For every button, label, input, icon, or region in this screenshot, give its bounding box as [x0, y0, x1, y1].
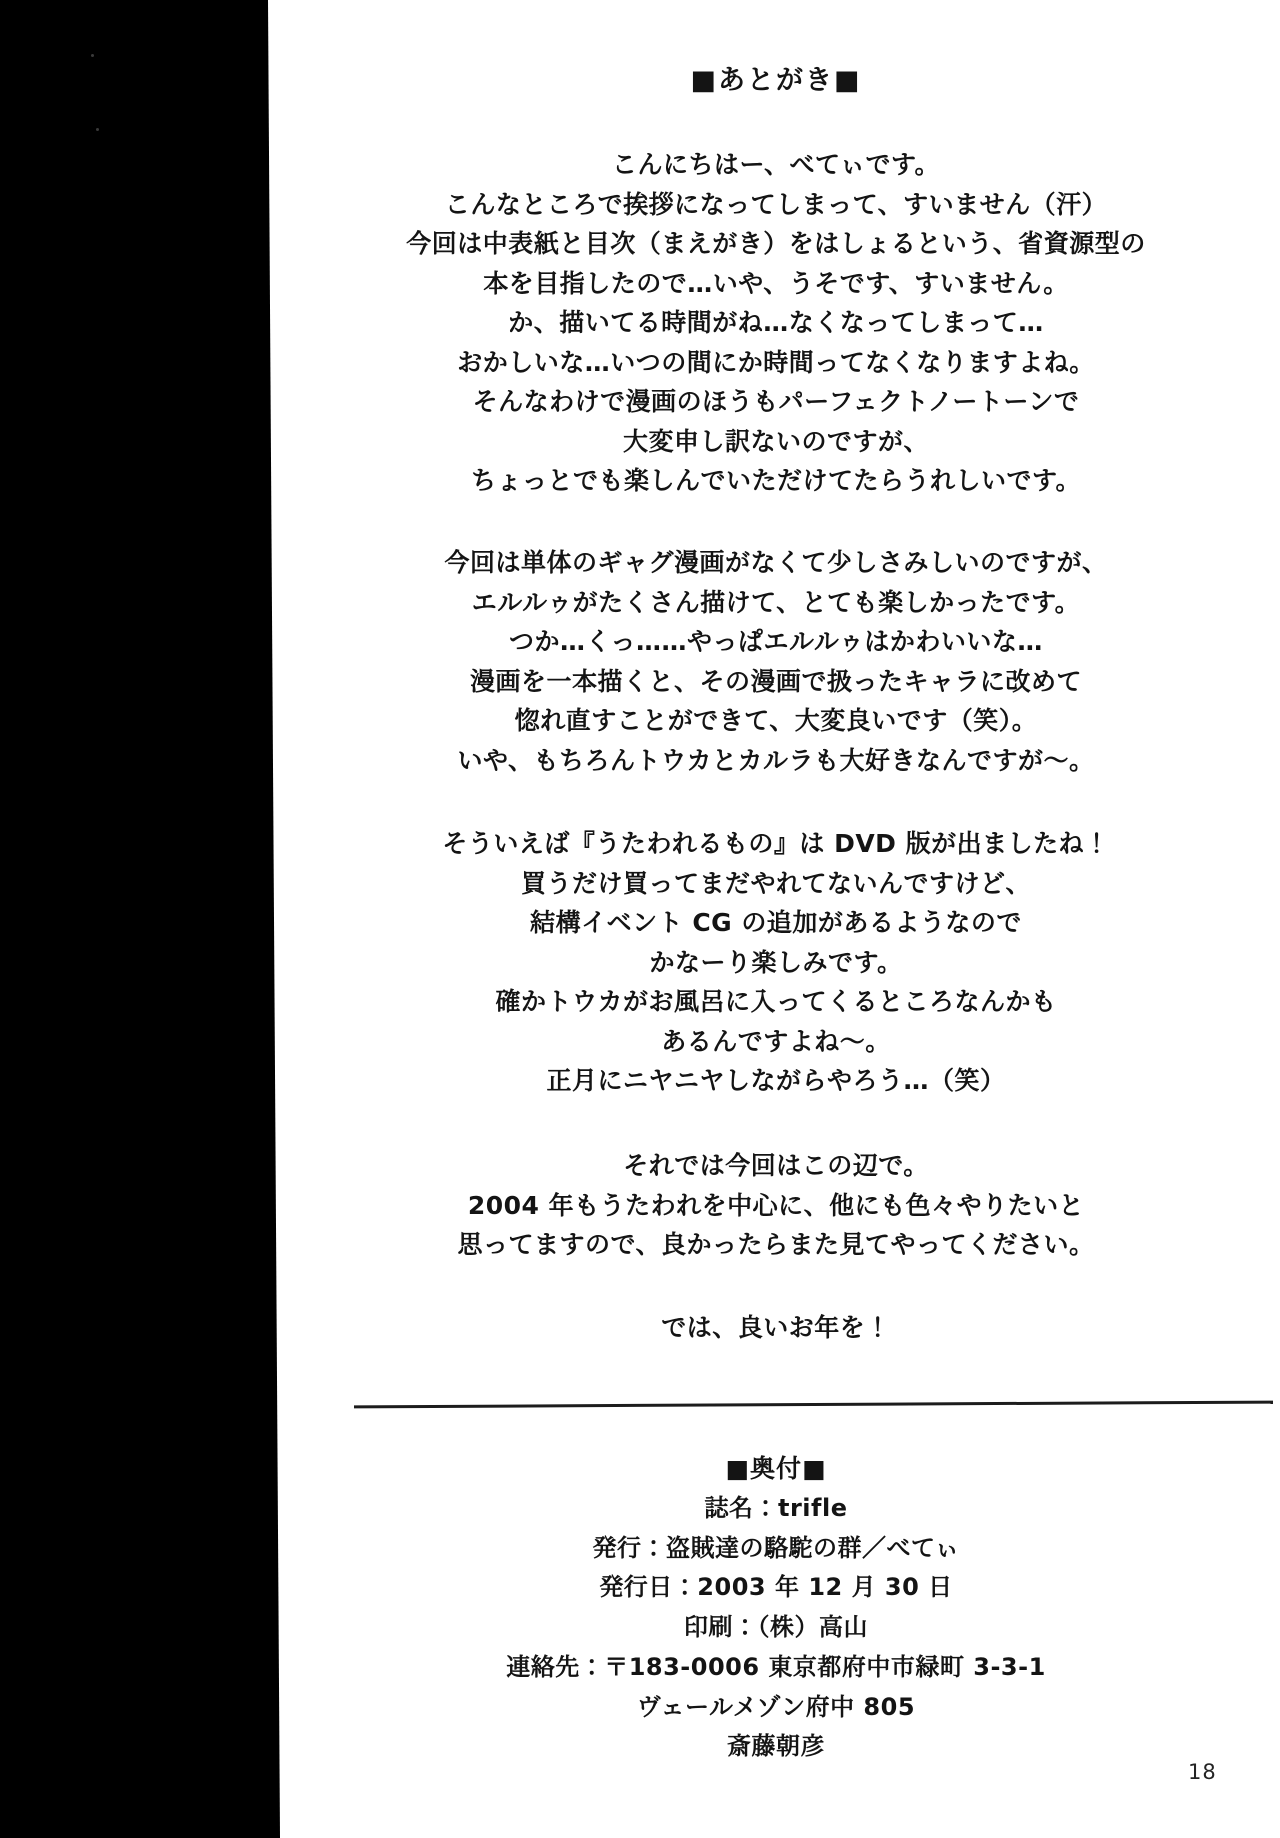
afterword-title: ■あとがき■: [272, 58, 1280, 97]
scanned-afterword-page: ■あとがき■ こんにちはー、べてぃです。こんなところで挨拶になってしまって、すい…: [0, 0, 1280, 1838]
text-line: 買うだけ買ってまだやれてないんですけど、: [272, 864, 1280, 904]
text-line: 大変申し訳ないのですが、: [272, 422, 1280, 462]
text-line: 漫画を一本描くと、その漫画で扱ったキャラに改めて: [272, 662, 1280, 702]
colophon-title: ■奥付■: [272, 1449, 1280, 1485]
scan-dust-speck: [96, 128, 99, 131]
text-line: では、良いお年を！: [272, 1308, 1280, 1348]
afterword-closing-line: では、良いお年を！: [272, 1308, 1280, 1348]
text-line: 発行日：2003 年 12 月 30 日: [272, 1568, 1280, 1608]
text-line: かなーり楽しみです。: [272, 943, 1280, 983]
text-line: 2004 年もうたわれを中心に、他にも色々やりたいと: [272, 1186, 1280, 1226]
text-line: 発行：盗賊達の駱駝の群／べてぃ: [272, 1529, 1280, 1569]
afterword-paragraph-3: そういえば『うたわれるもの』は DVD 版が出ましたね！買うだけ買ってまだやれて…: [272, 824, 1280, 1101]
colophon-block: 誌名：trifle発行：盗賊達の駱駝の群／べてぃ発行日：2003 年 12 月 …: [272, 1489, 1280, 1767]
scan-dust-speck: [91, 54, 94, 57]
text-line: 確かトウカがお風呂に入ってくるところなんかも: [272, 982, 1280, 1022]
scan-black-border: [0, 0, 282, 1838]
text-line: そういえば『うたわれるもの』は DVD 版が出ましたね！: [272, 824, 1280, 864]
text-line: 結構イベント CG の追加があるようなので: [272, 903, 1280, 943]
text-line: 斎藤朝彦: [272, 1727, 1280, 1767]
text-line: いや、もちろんトウカとカルラも大好きなんですが～。: [272, 741, 1280, 781]
text-line: 本を目指したので…いや、うそです、すいません。: [272, 264, 1280, 304]
afterword-paragraph-1: こんにちはー、べてぃです。こんなところで挨拶になってしまって、すいません（汗）今…: [272, 145, 1280, 501]
text-line: こんにちはー、べてぃです。: [272, 145, 1280, 185]
text-line: 今回は単体のギャグ漫画がなくて少しさみしいのですが、: [272, 543, 1280, 583]
afterword-paragraph-2: 今回は単体のギャグ漫画がなくて少しさみしいのですが、エルルゥがたくさん描けて、と…: [272, 543, 1280, 780]
text-line: それでは今回はこの辺で。: [272, 1146, 1280, 1186]
text-line: 連絡先：〒183-0006 東京都府中市緑町 3-3-1: [272, 1648, 1280, 1688]
page-content: ■あとがき■ こんにちはー、べてぃです。こんなところで挨拶になってしまって、すい…: [272, 0, 1280, 1838]
afterword-paragraph-4: それでは今回はこの辺で。2004 年もうたわれを中心に、他にも色々やりたいと思っ…: [272, 1146, 1280, 1265]
text-line: 思ってますので、良かったらまた見てやってください。: [272, 1225, 1280, 1265]
text-line: か、描いてる時間がね…なくなってしまって…: [272, 303, 1280, 343]
text-line: 誌名：trifle: [272, 1489, 1280, 1529]
text-line: 印刷：（株）高山: [272, 1608, 1280, 1648]
text-line: こんなところで挨拶になってしまって、すいません（汗）: [272, 185, 1280, 225]
page-number: 18: [1188, 1760, 1217, 1784]
text-line: ちょっとでも楽しんでいただけてたらうれしいです。: [272, 461, 1280, 501]
text-line: ヴェールメゾン府中 805: [272, 1688, 1280, 1728]
text-line: あるんですよね～。: [272, 1022, 1280, 1062]
text-line: つか…くっ……やっぱエルルゥはかわいいな…: [272, 622, 1280, 662]
text-line: 今回は中表紙と目次（まえがき）をはしょるという、省資源型の: [272, 224, 1280, 264]
text-line: おかしいな…いつの間にか時間ってなくなりますよね。: [272, 343, 1280, 383]
text-line: エルルゥがたくさん描けて、とても楽しかったです。: [272, 583, 1280, 623]
text-line: 惚れ直すことができて、大変良いです（笑）。: [272, 701, 1280, 741]
text-line: 正月にニヤニヤしながらやろう…（笑）: [272, 1061, 1280, 1101]
text-line: そんなわけで漫画のほうもパーフェクトノートーンで: [272, 382, 1280, 422]
